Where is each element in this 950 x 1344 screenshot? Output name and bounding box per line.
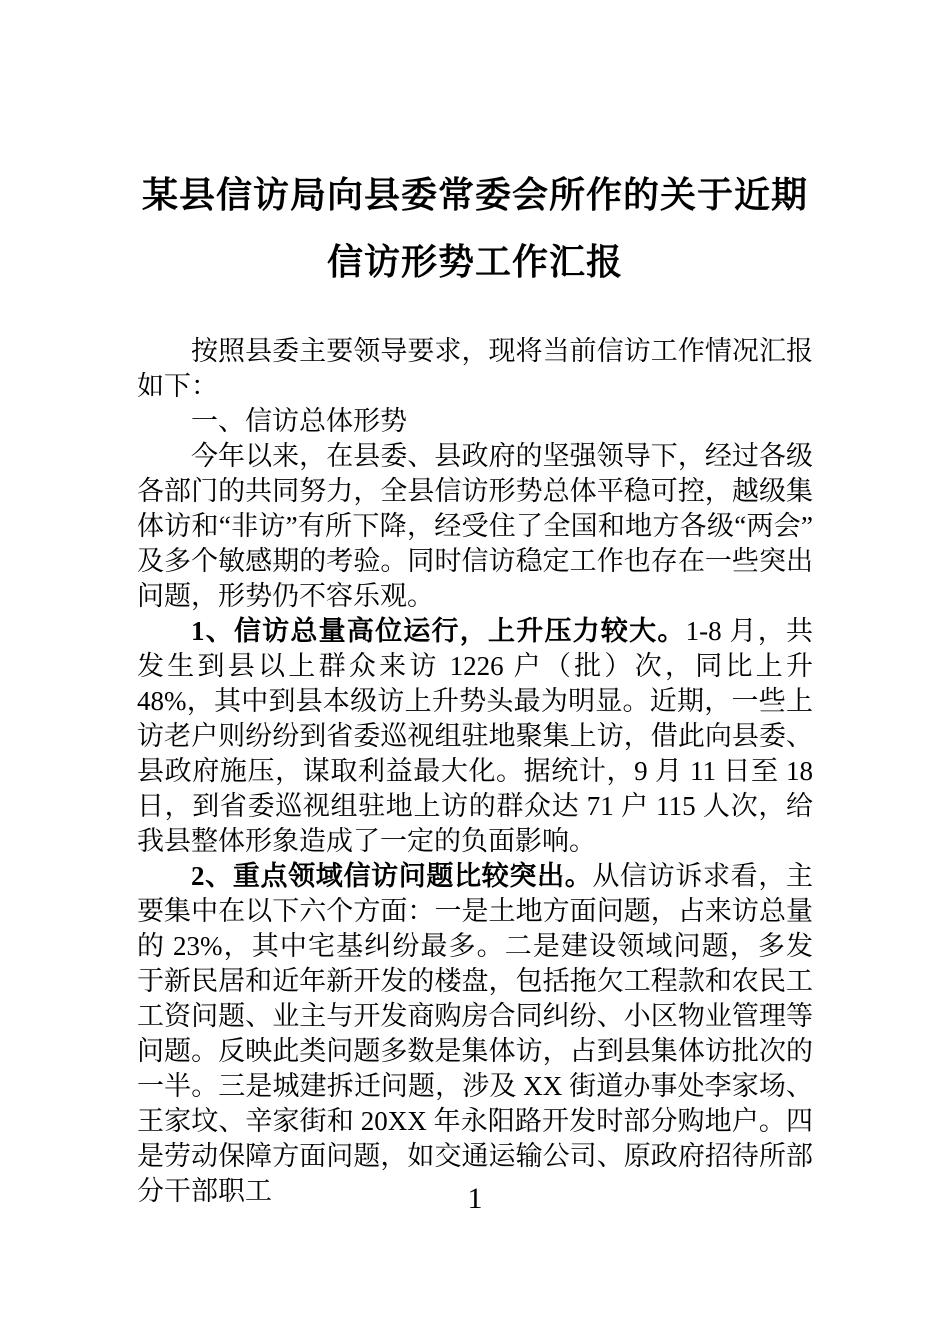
- document-page: 某县信访局向县委常委会所作的关于近期 信访形势工作汇报 按照县委主要领导要求，现…: [0, 0, 950, 1344]
- document-content: 某县信访局向县委常委会所作的关于近期 信访形势工作汇报 按照县委主要领导要求，现…: [0, 162, 950, 1209]
- intro-paragraph: 按照县委主要领导要求，现将当前信访工作情况汇报如下：: [137, 334, 813, 404]
- item-2-paragraph: 2、重点领域信访问题比较突出。从信访诉求看，主要集中在以下六个方面：一是土地方面…: [137, 859, 813, 1209]
- title-line-1: 某县信访局向县委常委会所作的关于近期: [137, 162, 813, 229]
- item-2-text: 从信访诉求看，主要集中在以下六个方面：一是土地方面问题，占来访总量的 23%，其…: [137, 861, 813, 1206]
- section-1-heading: 一、信访总体形势: [137, 404, 813, 439]
- document-title: 某县信访局向县委常委会所作的关于近期 信访形势工作汇报: [137, 162, 813, 296]
- overview-paragraph: 今年以来，在县委、县政府的坚强领导下，经过各级各部门的共同努力，全县信访形势总体…: [137, 439, 813, 614]
- item-1-lead: 1、信访总量高位运行，上升压力较大。: [191, 616, 686, 646]
- item-2-lead: 2、重点领域信访问题比较突出。: [191, 861, 592, 891]
- page-number: 1: [0, 1183, 950, 1215]
- document-body: 按照县委主要领导要求，现将当前信访工作情况汇报如下： 一、信访总体形势 今年以来…: [137, 334, 813, 1209]
- item-1-paragraph: 1、信访总量高位运行，上升压力较大。1-8 月，共发生到县以上群众来访 1226…: [137, 614, 813, 859]
- title-line-2: 信访形势工作汇报: [137, 229, 813, 296]
- item-1-text: 1-8 月，共发生到县以上群众来访 1226 户（批）次，同比上升 48%，其中…: [137, 616, 813, 856]
